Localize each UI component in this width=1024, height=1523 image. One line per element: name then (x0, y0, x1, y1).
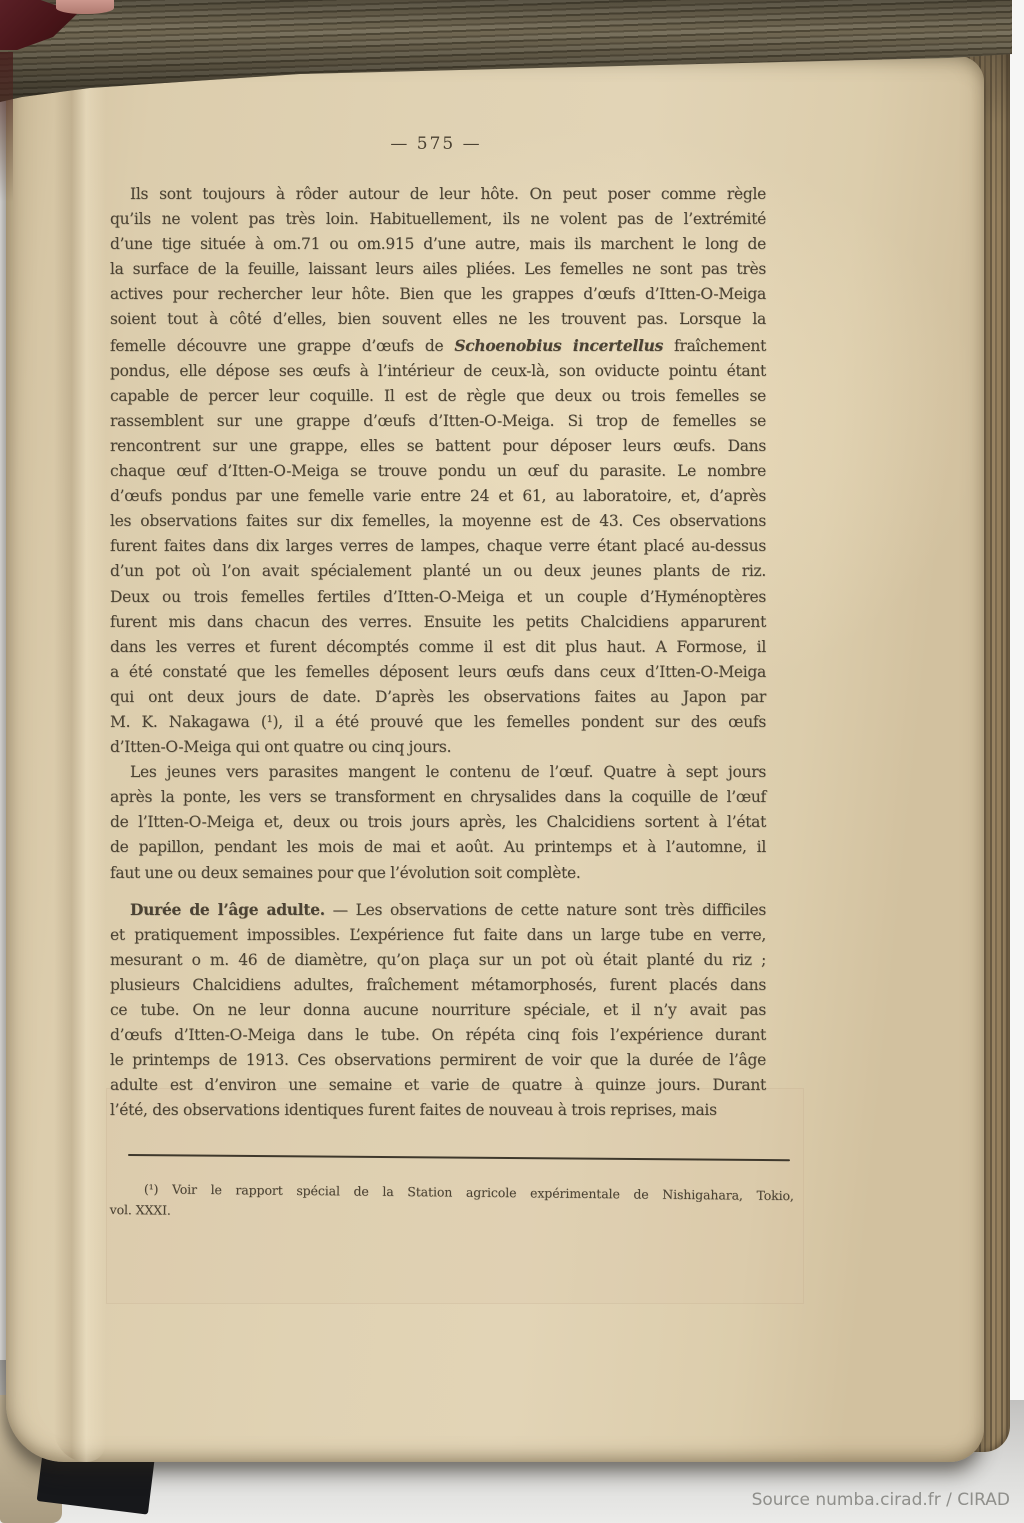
text-segment: d’Itten-O-Meiga qui ont quatre ou cinq j… (110, 738, 451, 756)
text-line: plusieurs Chalcidiens adultes, fraîcheme… (110, 973, 766, 998)
text-segment: pondus, elle dépose ses œufs à l’intérie… (110, 362, 766, 380)
text-segment: la surface de la feuille, laissant leurs… (110, 260, 766, 278)
text-line: de l’Itten-O-Meiga et, deux ou trois jou… (110, 810, 766, 835)
text-line: M. K. Nakagawa (¹), il a été prouvé que … (110, 710, 766, 735)
text-line: femelle découvre une grappe d’œufs de Sc… (110, 333, 766, 359)
text-line: capable de percer leur coquille. Il est … (110, 384, 766, 409)
text-segment: qui ont deux jours de date. D’après les … (110, 688, 766, 706)
text-segment: — Les observations de cette nature sont … (325, 901, 766, 919)
text-line: Durée de l’âge adulte. — Les observation… (110, 897, 766, 923)
text-segment: M. K. Nakagawa (¹), il a été prouvé que … (110, 713, 766, 731)
text-line: Deux ou trois femelles fertiles d’Itten-… (110, 585, 766, 610)
page-paper: — 575 — Ils sont toujours à rôder autour… (6, 56, 984, 1462)
text-line: faut une ou deux semaines pour que l’évo… (110, 861, 766, 886)
text-segment: de papillon, pendant les mois de mai et … (110, 838, 766, 856)
book-spine-left-edge (0, 52, 13, 202)
text-segment: dans les verres et furent décomptés comm… (110, 638, 766, 656)
text-segment: après la ponte, les vers se transforment… (110, 788, 766, 806)
text-segment: mesurant o m. 46 de diamètre, qu’on plaç… (110, 951, 766, 969)
text-line: qu’ils ne volent pas très loin. Habituel… (110, 207, 766, 232)
text-segment: Deux ou trois femelles fertiles d’Itten-… (110, 588, 766, 606)
text-line: adulte est d’environ une semaine et vari… (110, 1073, 766, 1098)
paragraph: Ils sont toujours à rôder autour de leur… (110, 182, 766, 760)
scanned-book-page: — 575 — Ils sont toujours à rôder autour… (0, 0, 1024, 1523)
text-segment: plusieurs Chalcidiens adultes, fraîcheme… (110, 976, 766, 994)
text-line: chaque œuf d’Itten-O-Meiga se trouve pon… (110, 459, 766, 484)
text-line: furent faites dans dix larges verres de … (110, 534, 766, 559)
text-segment: ce tube. On ne leur donna aucune nourrit… (110, 1001, 766, 1019)
paragraph: Durée de l’âge adulte. — Les observation… (110, 897, 766, 1124)
text-line: pondus, elle dépose ses œufs à l’intérie… (110, 359, 766, 384)
text-line: l’été, des observations identiques furen… (110, 1098, 766, 1123)
paragraph: Les jeunes vers parasites mangent le con… (110, 760, 766, 885)
text-line: d’œufs d’Itten-O-Meiga dans le tube. On … (110, 1023, 766, 1048)
text-line: de papillon, pendant les mois de mai et … (110, 835, 766, 860)
text-segment: de l’Itten-O-Meiga et, deux ou trois jou… (110, 813, 766, 831)
text-segment: vol. XXXI. (110, 1202, 171, 1218)
text-segment: le printemps de 1913. Ces observations p… (110, 1051, 766, 1069)
text-line: Les jeunes vers parasites mangent le con… (110, 760, 766, 785)
text-segment: rassemblent sur une grappe d’œufs d’Itte… (110, 412, 766, 430)
text-line: furent mis dans chacun des verres. Ensui… (110, 610, 766, 635)
text-line: la surface de la feuille, laissant leurs… (110, 257, 766, 282)
page-crease (54, 56, 106, 1462)
text-segment: femelle découvre une grappe d’œufs de (110, 337, 454, 355)
source-watermark: Source numba.cirad.fr / CIRAD (752, 1490, 1010, 1510)
text-segment: chaque œuf d’Itten-O-Meiga se trouve pon… (110, 462, 766, 480)
book-headband (56, 0, 114, 14)
text-segment: et pratiquement impossibles. L’expérienc… (110, 926, 766, 944)
text-segment: furent faites dans dix larges verres de … (110, 537, 766, 555)
text-line: les observations faites sur dix femelles… (110, 509, 766, 534)
text-segment: Les jeunes vers parasites mangent le con… (130, 763, 766, 781)
text-segment: furent mis dans chacun des verres. Ensui… (110, 613, 766, 631)
text-segment: d’une tige située à om.71 ou om.915 d’un… (110, 235, 766, 253)
text-segment: capable de percer leur coquille. Il est … (110, 387, 766, 405)
text-line: soient tout à côté d’elles, bien souvent… (110, 307, 766, 332)
text-segment: (¹) Voir le rapport spécial de la Statio… (144, 1181, 794, 1203)
text-line: d’une tige située à om.71 ou om.915 d’un… (110, 232, 766, 257)
text-line: et pratiquement impossibles. L’expérienc… (110, 923, 766, 948)
text-line: dans les verres et furent décomptés comm… (110, 635, 766, 660)
text-segment: d’œufs d’Itten-O-Meiga dans le tube. On … (110, 1026, 766, 1044)
text-line: d’un pot où l’on avait spécialement plan… (110, 559, 766, 584)
text-segment: a été constaté que les femelles déposent… (110, 663, 766, 681)
text-segment: rencontrent sur une grappe, elles se bat… (110, 437, 766, 455)
text-line: Ils sont toujours à rôder autour de leur… (110, 182, 766, 207)
text-line: a été constaté que les femelles déposent… (110, 660, 766, 685)
text-segment: qu’ils ne volent pas très loin. Habituel… (110, 210, 766, 228)
text-line: d’Itten-O-Meiga qui ont quatre ou cinq j… (110, 735, 766, 760)
text-line: le printemps de 1913. Ces observations p… (110, 1048, 766, 1073)
text-segment: les observations faites sur dix femelles… (110, 512, 766, 530)
text-segment: adulte est d’environ une semaine et vari… (110, 1076, 766, 1094)
text-segment: fraîchement (663, 337, 766, 355)
text-line: d’œufs pondus par une femelle varie entr… (110, 484, 766, 509)
text-line: après la ponte, les vers se transforment… (110, 785, 766, 810)
text-line: qui ont deux jours de date. D’après les … (110, 685, 766, 710)
text-segment: faut une ou deux semaines pour que l’évo… (110, 864, 581, 882)
text-line: actives pour rechercher leur hôte. Bien … (110, 282, 766, 307)
text-line: rassemblent sur une grappe d’œufs d’Itte… (110, 409, 766, 434)
text-segment: actives pour rechercher leur hôte. Bien … (110, 285, 766, 303)
emphasized-text: Schoenobius incertellus (454, 336, 663, 355)
text-line: ce tube. On ne leur donna aucune nourrit… (110, 998, 766, 1023)
text-segment: d’un pot où l’on avait spécialement plan… (110, 562, 766, 580)
body-text: Ils sont toujours à rôder autour de leur… (110, 182, 766, 1123)
text-segment: Ils sont toujours à rôder autour de leur… (130, 185, 766, 203)
text-segment: d’œufs pondus par une femelle varie entr… (110, 487, 766, 505)
footnote: (¹) Voir le rapport spécial de la Statio… (110, 1178, 794, 1227)
text-segment: l’été, des observations identiques furen… (110, 1101, 717, 1119)
emphasized-text: Durée de l’âge adulte. (130, 900, 325, 919)
text-segment: soient tout à côté d’elles, bien souvent… (110, 310, 766, 328)
text-line: mesurant o m. 46 de diamètre, qu’on plaç… (110, 948, 766, 973)
page-number: — 575 — (6, 134, 866, 154)
text-line: rencontrent sur une grappe, elles se bat… (110, 434, 766, 459)
